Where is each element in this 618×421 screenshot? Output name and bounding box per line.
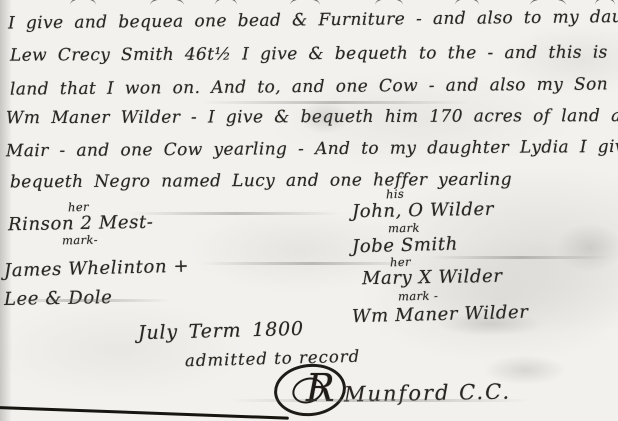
scan-artifact <box>455 0 479 5</box>
scan-artifact <box>290 0 320 5</box>
clerk-initial: R <box>306 366 335 410</box>
body-line: I give and bequea one bead & Furniture -… <box>8 7 618 34</box>
scan-artifact <box>70 0 96 5</box>
scan-artifact <box>595 0 615 5</box>
body-line: Mair - and one Cow yearling - And to my … <box>6 137 618 162</box>
scan-artifact <box>530 0 566 5</box>
body-line: land that I won on. And to, and one Cow … <box>10 74 608 99</box>
scan-artifact <box>150 0 184 5</box>
body-line: bequeth Negro named Lucy and one heffer … <box>10 170 512 193</box>
signatory-mark-pre: his <box>386 187 405 202</box>
witness-name: James Whelinton + <box>4 256 190 282</box>
witness-mark-post: mark- <box>62 233 98 248</box>
scan-artifact <box>375 0 403 5</box>
scan-streak <box>230 399 530 402</box>
court-term-line: July Term 1800 <box>138 318 304 344</box>
scan-smudge <box>290 95 360 140</box>
document-scan: I give and bequea one bead & Furniture -… <box>0 0 618 421</box>
witness-name: Rinson 2 Mest- <box>8 212 154 236</box>
scan-streak <box>0 299 170 302</box>
scan-streak <box>130 212 340 215</box>
scan-smudge <box>420 308 560 340</box>
signatory-name: John, O Wilder <box>352 199 494 222</box>
signatory-mark-post: mark <box>388 221 420 236</box>
scan-smudge <box>470 350 580 390</box>
signatory-name: Mary X Wilder <box>362 266 503 289</box>
page-edge-line <box>0 406 289 420</box>
scan-smudge <box>545 215 618 280</box>
scan-streak <box>200 262 420 265</box>
scan-artifact <box>215 0 237 5</box>
signatory-mark-post: mark - <box>398 289 438 304</box>
body-line: Lew Crecy Smith 46t½ I give & bequeth to… <box>10 42 618 65</box>
